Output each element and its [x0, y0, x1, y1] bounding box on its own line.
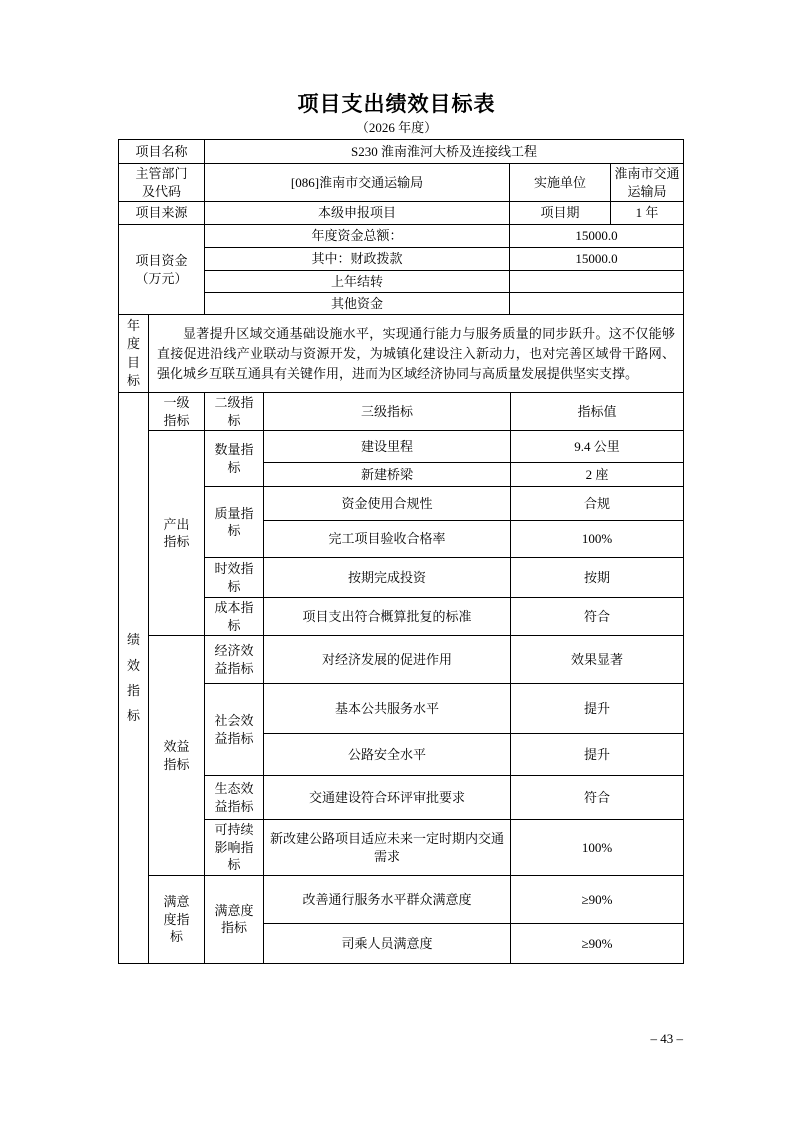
header-value: 指标值 — [511, 393, 684, 431]
indicator-name: 项目支出符合概算批复的标准 — [264, 598, 511, 636]
project-name-label: 项目名称 — [119, 140, 205, 164]
indicator-value: 按期 — [511, 558, 684, 598]
funds-row-value — [510, 271, 684, 293]
indicator-name: 对经济发展的促进作用 — [264, 636, 511, 684]
funds-row-value: 15000.0 — [510, 248, 684, 271]
level2-sustainability: 可持续影响指标 — [205, 820, 264, 876]
indicator-name: 改善通行服务水平群众满意度 — [264, 875, 511, 923]
annual-goal-text: 显著提升区域交通基础设施水平，实现通行能力与服务质量的同步跃升。这不仅能够直接促… — [149, 315, 684, 393]
level2-economic: 经济效益指标 — [205, 636, 264, 684]
indicators-side-label: 绩效指标 — [119, 393, 149, 964]
project-info-table: 项目名称 S230 淮南淮河大桥及连接线工程 主管部门及代码 [086]淮南市交… — [118, 139, 684, 315]
annual-goal-table: 年度目标 显著提升区域交通基础设施水平，实现通行能力与服务质量的同步跃升。这不仅… — [118, 314, 684, 393]
indicator-name: 公路安全水平 — [264, 734, 511, 776]
header-level2: 二级指标 — [205, 393, 264, 431]
indicator-value: 100% — [511, 820, 684, 876]
level2-social: 社会效益指标 — [205, 684, 264, 776]
page-title: 项目支出绩效目标表 — [0, 88, 793, 118]
indicator-value: 符合 — [511, 776, 684, 820]
indicator-value: 合规 — [511, 487, 684, 521]
indicator-value: 100% — [511, 521, 684, 558]
indicator-name: 司乘人员满意度 — [264, 923, 511, 963]
funds-row-name: 其中：财政拨款 — [205, 248, 510, 271]
impl-unit-value: 淮南市交通运输局 — [611, 164, 684, 202]
funds-label: 项目资金（万元） — [119, 225, 205, 315]
table-row: 年度目标 显著提升区域交通基础设施水平，实现通行能力与服务质量的同步跃升。这不仅… — [119, 315, 684, 393]
level2-cost: 成本指标 — [205, 598, 264, 636]
indicator-name: 按期完成投资 — [264, 558, 511, 598]
table-row: 主管部门及代码 [086]淮南市交通运输局 实施单位 淮南市交通运输局 — [119, 164, 684, 202]
level2-quantity: 数量指标 — [205, 431, 264, 487]
indicator-value: ≥90% — [511, 875, 684, 923]
indicator-value: 9.4 公里 — [511, 431, 684, 463]
header-level1: 一级指标 — [149, 393, 205, 431]
page-number: – 43 – — [118, 1031, 683, 1047]
period-value: 1 年 — [611, 202, 684, 225]
indicators-table: 绩效指标 一级指标 二级指标 三级指标 指标值 产出指标 数量指标 建设里程 9… — [118, 392, 684, 964]
table-row: 效益指标 经济效益指标 对经济发展的促进作用 效果显著 — [119, 636, 684, 684]
funds-row-value — [510, 293, 684, 315]
table-row: 项目资金（万元） 年度资金总额： 15000.0 — [119, 225, 684, 248]
source-label: 项目来源 — [119, 202, 205, 225]
indicator-value: 提升 — [511, 684, 684, 734]
table-row: 项目名称 S230 淮南淮河大桥及连接线工程 — [119, 140, 684, 164]
dept-label: 主管部门及代码 — [119, 164, 205, 202]
indicator-name: 建设里程 — [264, 431, 511, 463]
indicator-value: 2 座 — [511, 463, 684, 487]
level1-benefit: 效益指标 — [149, 636, 205, 876]
project-name-value: S230 淮南淮河大桥及连接线工程 — [205, 140, 684, 164]
page-subtitle: （2026 年度） — [0, 117, 793, 136]
indicator-value: 效果显著 — [511, 636, 684, 684]
level1-output: 产出指标 — [149, 431, 205, 636]
funds-row-value: 15000.0 — [510, 225, 684, 248]
indicator-value: 提升 — [511, 734, 684, 776]
indicator-name: 资金使用合规性 — [264, 487, 511, 521]
level2-timeliness: 时效指标 — [205, 558, 264, 598]
annual-goal-label: 年度目标 — [119, 315, 149, 393]
funds-row-name: 上年结转 — [205, 271, 510, 293]
header-level3: 三级指标 — [264, 393, 511, 431]
period-label: 项目期 — [510, 202, 611, 225]
funds-row-name: 其他资金 — [205, 293, 510, 315]
performance-target-table: 项目名称 S230 淮南淮河大桥及连接线工程 主管部门及代码 [086]淮南市交… — [118, 139, 683, 964]
indicator-value: 符合 — [511, 598, 684, 636]
source-value: 本级申报项目 — [205, 202, 510, 225]
level2-ecological: 生态效益指标 — [205, 776, 264, 820]
impl-unit-label: 实施单位 — [510, 164, 611, 202]
indicator-name: 交通建设符合环评审批要求 — [264, 776, 511, 820]
level2-quality: 质量指标 — [205, 487, 264, 558]
indicator-value: ≥90% — [511, 923, 684, 963]
level2-satisfaction: 满意度指标 — [205, 875, 264, 963]
indicator-name: 新改建公路项目适应未来一定时期内交通需求 — [264, 820, 511, 876]
funds-row-name: 年度资金总额： — [205, 225, 510, 248]
level1-satisfaction: 满意度指标 — [149, 875, 205, 963]
indicator-name: 新建桥梁 — [264, 463, 511, 487]
table-row: 项目来源 本级申报项目 项目期 1 年 — [119, 202, 684, 225]
indicator-name: 完工项目验收合格率 — [264, 521, 511, 558]
indicator-name: 基本公共服务水平 — [264, 684, 511, 734]
table-row: 产出指标 数量指标 建设里程 9.4 公里 — [119, 431, 684, 463]
table-row: 满意度指标 满意度指标 改善通行服务水平群众满意度 ≥90% — [119, 875, 684, 923]
dept-value: [086]淮南市交通运输局 — [205, 164, 510, 202]
table-row: 绩效指标 一级指标 二级指标 三级指标 指标值 — [119, 393, 684, 431]
